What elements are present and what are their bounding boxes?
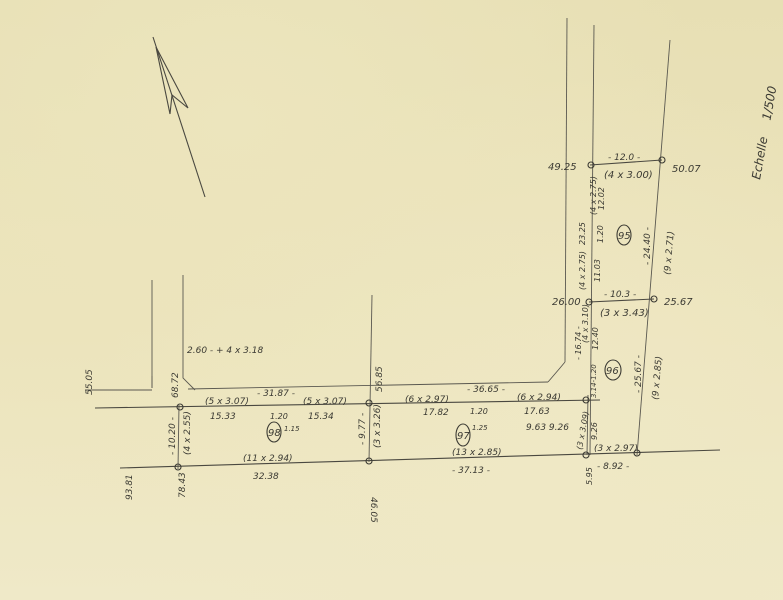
- svg-text:(3 x 3.43): (3 x 3.43): [600, 308, 649, 319]
- svg-text:32.38: 32.38: [253, 472, 279, 482]
- svg-text:(4 x 3.00): (4 x 3.00): [604, 170, 653, 181]
- svg-text:3.14-1.20: 3.14-1.20: [590, 364, 598, 398]
- svg-text:55.05: 55.05: [85, 369, 95, 395]
- svg-text:- 36.65 -: - 36.65 -: [467, 385, 505, 395]
- svg-text:- 10.20 -: - 10.20 -: [168, 417, 178, 455]
- svg-text:1.20: 1.20: [596, 225, 605, 243]
- svg-text:(3 x 3.09): (3 x 3.09): [575, 410, 591, 450]
- svg-text:1.20: 1.20: [270, 412, 288, 421]
- svg-text:(3 x 3.26): (3 x 3.26): [373, 404, 383, 448]
- svg-text:(5 x 3.07): (5 x 3.07): [303, 397, 347, 407]
- svg-text:12.40: 12.40: [591, 327, 600, 350]
- svg-text:56.85: 56.85: [375, 366, 385, 392]
- svg-text:9.63 9.26: 9.63 9.26: [526, 423, 569, 433]
- svg-text:25.67: 25.67: [664, 297, 693, 308]
- svg-text:(6 x 2.94): (6 x 2.94): [517, 393, 561, 403]
- svg-text:15.34: 15.34: [308, 412, 334, 422]
- svg-text:9.26: 9.26: [590, 422, 599, 440]
- svg-text:23.25: 23.25: [578, 222, 587, 245]
- svg-text:Echelle: Echelle: [749, 136, 770, 181]
- survey-drawing: 95 96 97 98 Echelle 1/500 49.25 50.07 26…: [0, 0, 783, 600]
- svg-text:(3 x 2.97): (3 x 2.97): [594, 444, 638, 454]
- svg-text:1.25: 1.25: [472, 424, 488, 432]
- svg-text:50.07: 50.07: [672, 164, 701, 175]
- boundary-lines: [85, 18, 720, 469]
- svg-text:49.25: 49.25: [548, 162, 577, 173]
- svg-text:- 37.13 -: - 37.13 -: [452, 466, 490, 476]
- scale-label: Echelle 1/500: [749, 85, 779, 181]
- svg-text:(9 x 2.71): (9 x 2.71): [663, 231, 677, 276]
- svg-text:- 25.67 -: - 25.67 -: [634, 355, 644, 393]
- svg-text:(4 x 2.55): (4 x 2.55): [183, 411, 193, 455]
- svg-text:26.00: 26.00: [552, 297, 581, 308]
- svg-text:(4 x 2.75): (4 x 2.75): [578, 251, 587, 290]
- svg-text:1.20: 1.20: [470, 407, 488, 416]
- svg-text:(6 x 2.97): (6 x 2.97): [405, 395, 449, 405]
- svg-text:1/500: 1/500: [760, 85, 780, 122]
- svg-text:46.05: 46.05: [368, 497, 378, 523]
- svg-text:(11 x 2.94): (11 x 2.94): [243, 454, 293, 464]
- svg-text:2.60 - + 4 x 3.18: 2.60 - + 4 x 3.18: [187, 346, 263, 356]
- svg-text:- 31.87 -: - 31.87 -: [257, 389, 295, 399]
- svg-text:- 9.77 -: - 9.77 -: [358, 413, 368, 445]
- svg-text:(5 x 3.07): (5 x 3.07): [205, 397, 249, 407]
- svg-text:11.03: 11.03: [593, 259, 602, 282]
- svg-text:(9 x 2.85): (9 x 2.85): [651, 356, 665, 401]
- svg-text:(4 x 3.10): (4 x 3.10): [581, 304, 590, 343]
- north-arrow-icon: [153, 37, 205, 197]
- svg-text:15.33: 15.33: [210, 412, 236, 422]
- survey-sketch: 95 96 97 98 Echelle 1/500 49.25 50.07 26…: [0, 0, 783, 600]
- svg-text:12.02: 12.02: [597, 187, 606, 210]
- svg-text:(13 x 2.85): (13 x 2.85): [452, 448, 502, 458]
- svg-text:78.43: 78.43: [178, 472, 188, 498]
- svg-text:- 12.0 -: - 12.0 -: [608, 153, 640, 163]
- parcel-95-label: 95: [618, 231, 631, 242]
- svg-text:5.95: 5.95: [585, 467, 594, 485]
- svg-text:- 8.92 -: - 8.92 -: [597, 462, 629, 472]
- svg-text:93.81: 93.81: [125, 474, 135, 500]
- parcel-96-label: 96: [606, 366, 619, 377]
- dimension-labels: - 12.0 - (4 x 3.00) - 24.40 - (9 x 2.71)…: [168, 153, 677, 482]
- svg-text:1.15: 1.15: [284, 425, 300, 433]
- svg-text:17.82: 17.82: [423, 408, 449, 418]
- parcel-98-label: 98: [268, 428, 281, 439]
- parcel-97-label: 97: [457, 431, 470, 442]
- svg-text:68.72: 68.72: [171, 372, 181, 398]
- svg-text:- 24.40 -: - 24.40 -: [643, 227, 653, 265]
- svg-text:- 10.3 -: - 10.3 -: [604, 290, 636, 300]
- svg-text:17.63: 17.63: [524, 407, 550, 417]
